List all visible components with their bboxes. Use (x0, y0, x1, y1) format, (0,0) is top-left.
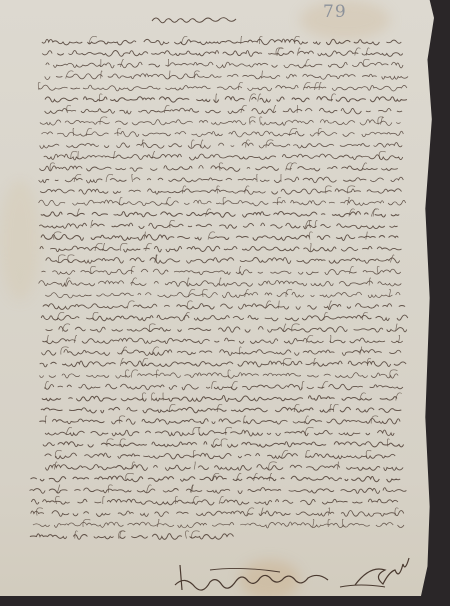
manuscript-line (45, 384, 408, 390)
manuscript-line (43, 442, 410, 448)
manuscript-line (41, 315, 414, 321)
manuscript-line (45, 453, 400, 459)
manuscript-line (42, 350, 401, 356)
manuscript-line (39, 85, 407, 91)
manuscript-line (45, 74, 408, 80)
manuscript-line (39, 419, 400, 425)
manuscript-line (42, 338, 402, 344)
signature (160, 555, 420, 600)
manuscript-line (42, 39, 408, 45)
manuscript-line (46, 258, 400, 264)
manuscript-line (31, 511, 404, 517)
manuscript-line (31, 476, 406, 482)
manuscript-line (45, 292, 400, 298)
manuscript-line (43, 304, 405, 310)
manuscript-line (40, 373, 405, 379)
manuscript-line (45, 465, 403, 471)
manuscript-line (42, 51, 402, 57)
manuscript-line (44, 154, 403, 160)
manuscript-line (46, 327, 407, 333)
manuscript-line (42, 269, 408, 275)
manuscript-line (41, 212, 399, 218)
manuscript-line (40, 361, 406, 367)
manuscript-line (39, 223, 397, 229)
manuscript-line (39, 177, 404, 183)
manuscript-line (40, 246, 402, 252)
manuscript-line (40, 143, 403, 149)
manuscript-line (30, 488, 407, 494)
manuscript-line (46, 62, 407, 68)
manuscript-line (40, 120, 401, 126)
manuscript-body-text (0, 0, 450, 606)
manuscript-line (39, 166, 397, 172)
manuscript-line (42, 396, 397, 402)
manuscript-line (42, 131, 404, 137)
manuscript-line (31, 499, 398, 505)
manuscript-line (33, 522, 404, 528)
manuscript-line (39, 200, 406, 206)
manuscript-line (41, 235, 398, 241)
manuscript-line (30, 534, 237, 540)
manuscript-line (41, 407, 401, 413)
manuscript-line (45, 430, 400, 436)
manuscript-line (45, 108, 403, 114)
